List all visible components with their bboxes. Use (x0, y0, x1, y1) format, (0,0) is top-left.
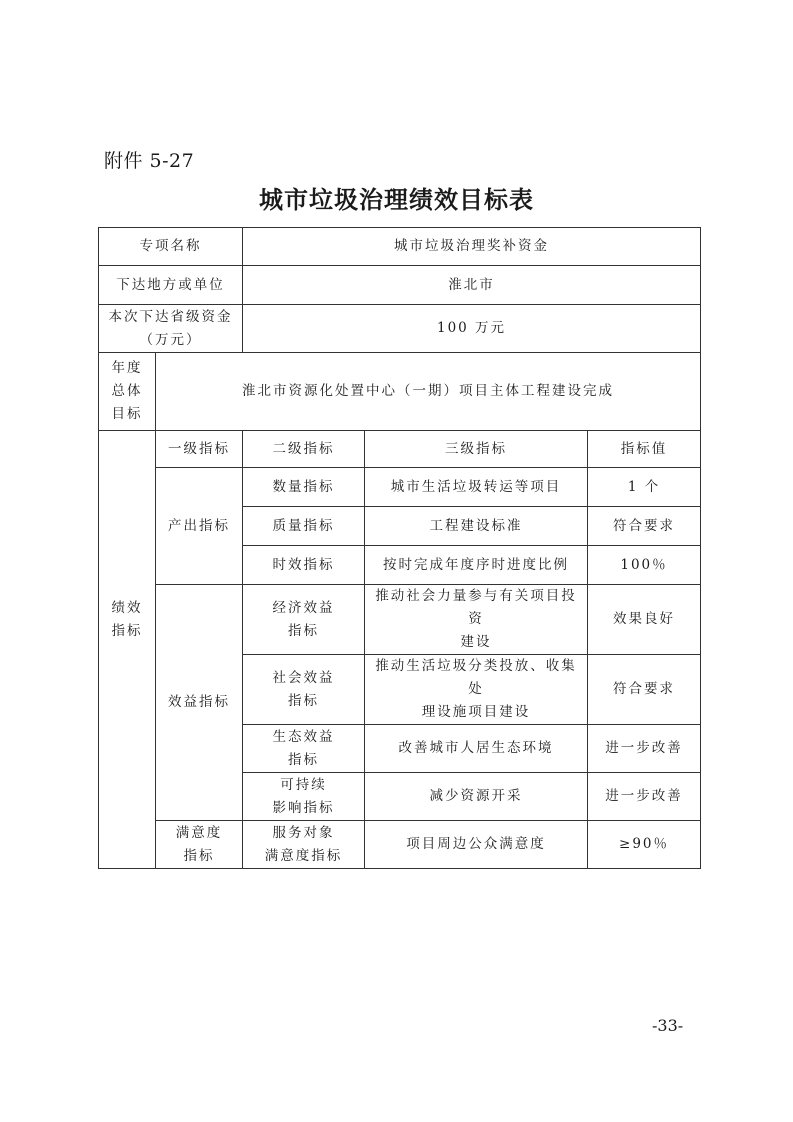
header-level2: 二级指标 (243, 431, 365, 468)
label-line: （万元） (103, 329, 238, 352)
indicator-value: 100％ (588, 546, 701, 585)
label-line: 可持续 (247, 774, 360, 797)
table-row: 产出指标 数量指标 城市生活垃圾转运等项目 1 个 (99, 468, 701, 507)
indicator-value: 符合要求 (588, 507, 701, 546)
level3: 工程建设标准 (365, 507, 588, 546)
label-line: 指标 (247, 620, 360, 643)
level2: 生态效益 指标 (243, 725, 365, 773)
label-line: 指标 (247, 690, 360, 713)
level2: 可持续 影响指标 (243, 773, 365, 821)
label-line: 目标 (103, 403, 151, 426)
level2: 数量指标 (243, 468, 365, 507)
level1-satisfaction: 满意度 指标 (156, 821, 243, 869)
table-row: 下达地方或单位 淮北市 (99, 266, 701, 305)
table-row: 专项名称 城市垃圾治理奖补资金 (99, 228, 701, 266)
table-row: 满意度 指标 服务对象 满意度指标 项目周边公众满意度 ≥90％ (99, 821, 701, 869)
annual-goal-value: 淮北市资源化处置中心（一期）项目主体工程建设完成 (156, 353, 701, 431)
label-line: 社会效益 (247, 667, 360, 690)
label-line: 满意度 (160, 822, 238, 845)
level2: 服务对象 满意度指标 (243, 821, 365, 869)
level3: 减少资源开采 (365, 773, 588, 821)
page-title: 城市垃圾治理绩效目标表 (0, 180, 793, 215)
level3: 推动生活垃圾分类投放、收集处 理设施项目建设 (365, 655, 588, 725)
level2: 社会效益 指标 (243, 655, 365, 725)
table-row: 本次下达省级资金 （万元） 100 万元 (99, 305, 701, 353)
performance-target-table: 专项名称 城市垃圾治理奖补资金 下达地方或单位 淮北市 本次下达省级资金 （万元… (98, 227, 701, 869)
indicator-value: 1 个 (588, 468, 701, 507)
level2: 质量指标 (243, 507, 365, 546)
level3: 城市生活垃圾转运等项目 (365, 468, 588, 507)
row-label: 下达地方或单位 (99, 266, 243, 305)
row-value: 城市垃圾治理奖补资金 (243, 228, 701, 266)
indicator-value: 进一步改善 (588, 773, 701, 821)
header-level3: 三级指标 (365, 431, 588, 468)
label-line: 指标 (103, 620, 151, 643)
row-label: 本次下达省级资金 （万元） (99, 305, 243, 353)
label-line: 绩效 (103, 597, 151, 620)
level2: 时效指标 (243, 546, 365, 585)
header-row: 绩效 指标 一级指标 二级指标 三级指标 指标值 (99, 431, 701, 468)
table-row: 年度 总体 目标 淮北市资源化处置中心（一期）项目主体工程建设完成 (99, 353, 701, 431)
level2: 经济效益 指标 (243, 585, 365, 655)
level1-benefit: 效益指标 (156, 585, 243, 821)
indicator-value: 进一步改善 (588, 725, 701, 773)
indicator-value: ≥90％ (588, 821, 701, 869)
row-value: 100 万元 (243, 305, 701, 353)
label-line: 满意度指标 (247, 845, 360, 868)
label-line: 指标 (160, 845, 238, 868)
indicator-value: 符合要求 (588, 655, 701, 725)
annex-label: 附件 5-27 (104, 146, 194, 173)
level3: 改善城市人居生态环境 (365, 725, 588, 773)
table-row: 效益指标 经济效益 指标 推动社会力量参与有关项目投资 建设 效果良好 (99, 585, 701, 655)
header-level1: 一级指标 (156, 431, 243, 468)
level3: 项目周边公众满意度 (365, 821, 588, 869)
label-line: 影响指标 (247, 797, 360, 820)
label-line: 经济效益 (247, 597, 360, 620)
label-line: 指标 (247, 749, 360, 772)
header-value: 指标值 (588, 431, 701, 468)
level1-output: 产出指标 (156, 468, 243, 585)
row-value: 淮北市 (243, 266, 701, 305)
label-line: 建设 (369, 631, 583, 654)
label-line: 年度 (103, 357, 151, 380)
level3: 推动社会力量参与有关项目投资 建设 (365, 585, 588, 655)
label-line: 生态效益 (247, 726, 360, 749)
label-line: 理设施项目建设 (369, 701, 583, 724)
performance-group-label: 绩效 指标 (99, 431, 156, 869)
indicator-value: 效果良好 (588, 585, 701, 655)
label-line: 总体 (103, 380, 151, 403)
annual-goal-label: 年度 总体 目标 (99, 353, 156, 431)
label-line: 推动社会力量参与有关项目投资 (369, 585, 583, 631)
page-number: -33- (652, 1016, 683, 1035)
row-label: 专项名称 (99, 228, 243, 266)
label-line: 本次下达省级资金 (103, 306, 238, 329)
label-line: 服务对象 (247, 822, 360, 845)
level3: 按时完成年度序时进度比例 (365, 546, 588, 585)
label-line: 推动生活垃圾分类投放、收集处 (369, 655, 583, 701)
